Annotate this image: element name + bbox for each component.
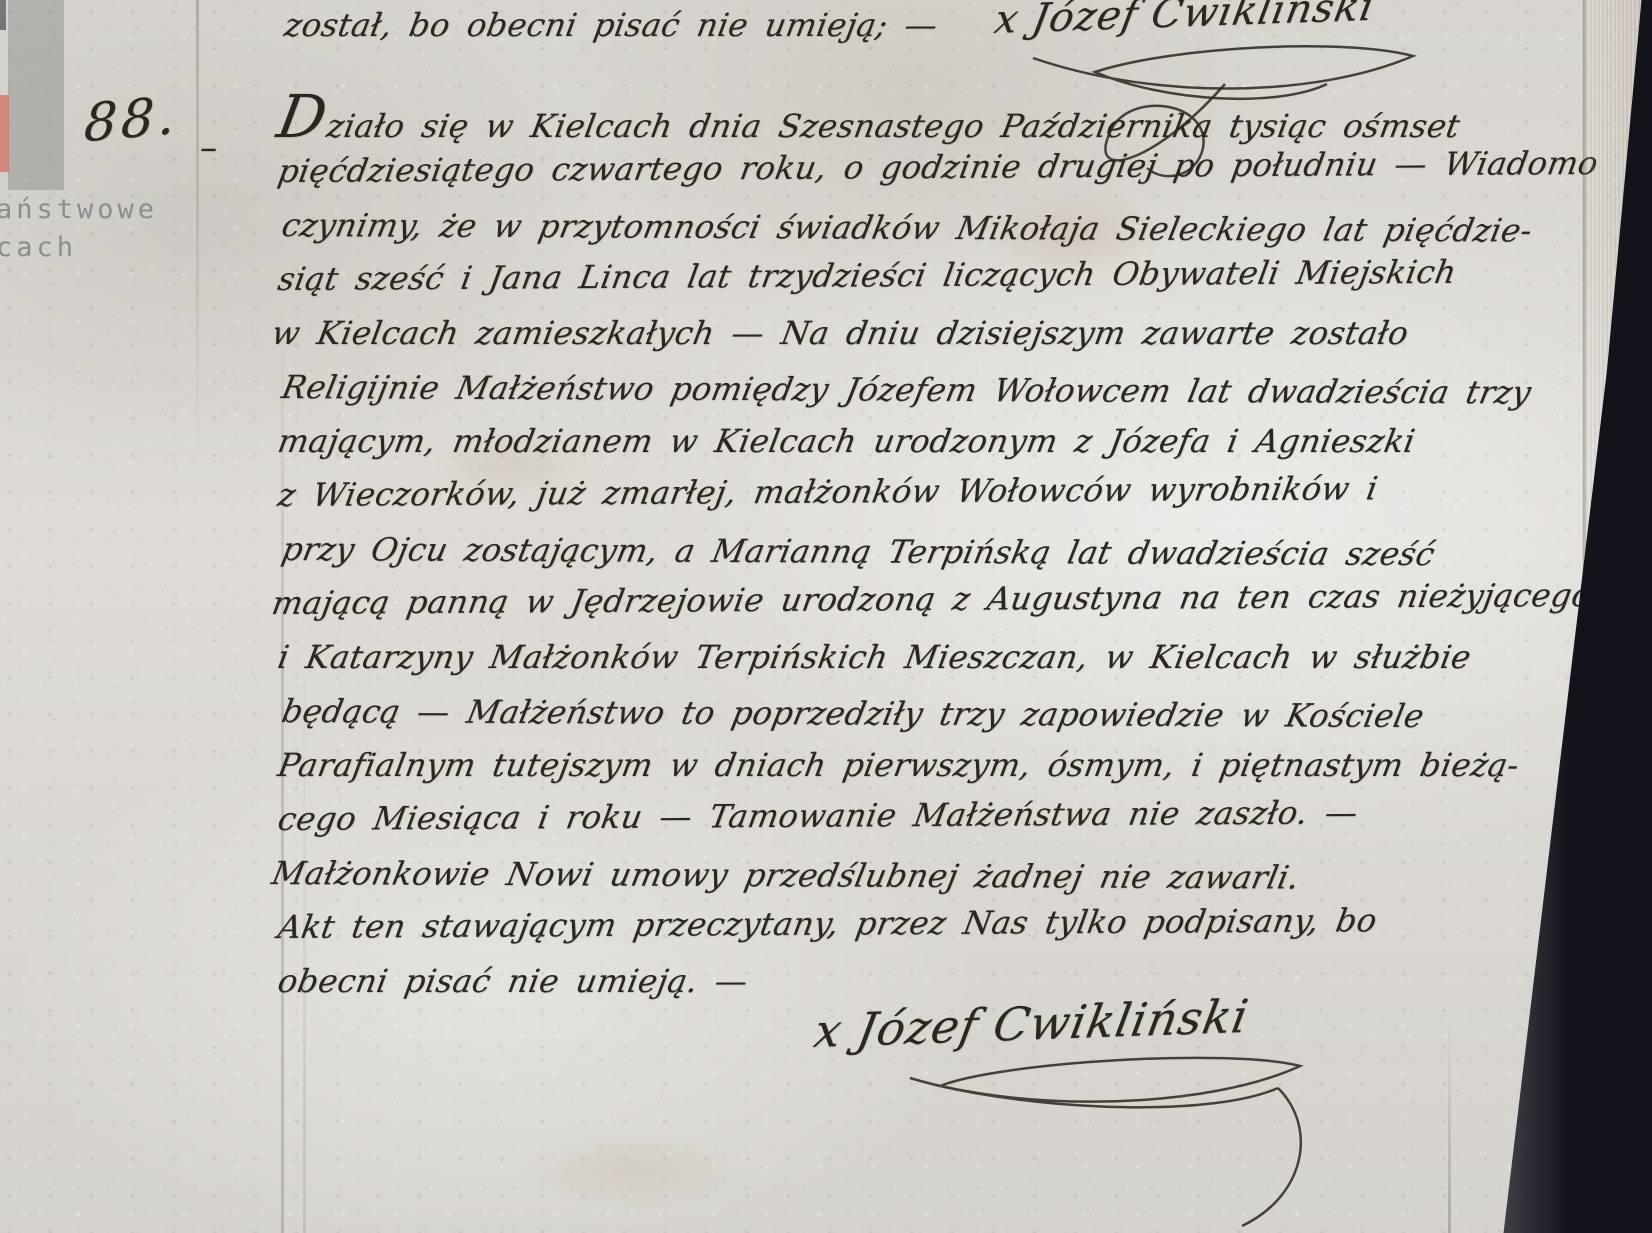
previous-act-ending-line: został, bo obecni pisać nie umieją; — (280, 0, 942, 54)
archive-logo-dark-chip (0, 0, 6, 30)
manuscript-line-8: z Wieczorków, już zmarłej, małżonków Woł… (273, 462, 1554, 524)
manuscript-line-12: będącą — Małżeństwo to poprzedziły trzy … (277, 686, 1553, 746)
manuscript-line-6: Religijnie Małżeństwo pomiędzy Józefem W… (277, 362, 1553, 422)
manuscript-line-16: Akt ten stawającym przeczytany, przez Na… (273, 894, 1554, 956)
manuscript-line-5: w Kielcach zamieszkałych — Na dniu dzisi… (267, 308, 1553, 362)
manuscript-line-13: Parafialnym tutejszym w dniach pierwszym… (273, 740, 1553, 794)
manuscript-body: Działo się w Kielcach dnia Szesnastego P… (278, 92, 1548, 1010)
archive-logo-gray-block (8, 0, 64, 190)
manuscript-line-1: Działo się w Kielcach dnia Szesnastego P… (273, 92, 1553, 146)
archive-watermark-text-line2: cach (0, 234, 77, 261)
manuscript-line-11: i Katarzyny Małżonków Terpińskich Mieszc… (273, 632, 1553, 686)
archive-watermark-text-line1: aństwowe (0, 196, 158, 223)
act-number-dash: – (200, 128, 217, 168)
manuscript-line-7: mającym, młodzianem w Kielcach urodzonym… (273, 416, 1553, 470)
scanned-record-page: { "page": { "background_color": "#d9d6d1… (0, 0, 1652, 1233)
archive-logo-red-bar (0, 95, 9, 172)
manuscript-line-14: cego Miesiąca i roku — Tamowanie Małżeńs… (273, 786, 1554, 848)
manuscript-line-2: pięćdziesiątego czwartego roku, o godzin… (273, 138, 1554, 200)
manuscript-line-4: siąt sześć i Jana Linca lat trzydzieści … (273, 246, 1554, 308)
act-number: 88. (83, 86, 181, 155)
manuscript-line-10: mającą panną w Jędrzejowie urodzoną z Au… (267, 570, 1554, 632)
